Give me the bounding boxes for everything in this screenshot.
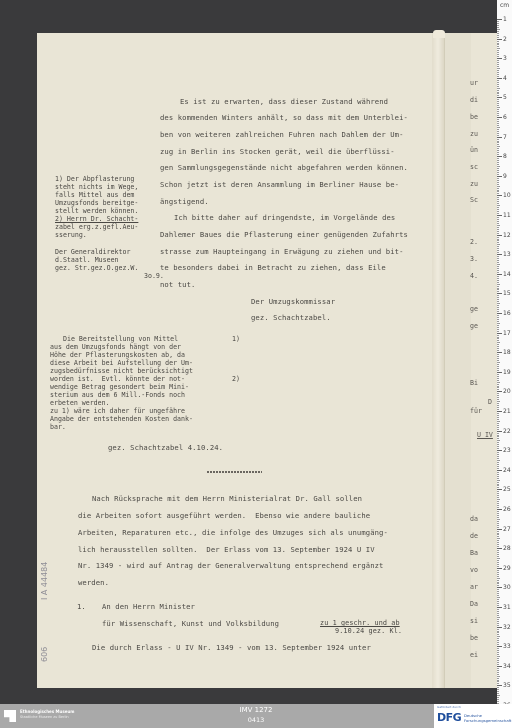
edge-text: ge bbox=[470, 305, 478, 313]
ruler-minor-tick bbox=[497, 240, 499, 241]
ruler-minor-tick bbox=[497, 468, 499, 469]
ruler-minor-tick bbox=[497, 495, 499, 496]
ruler-minor-tick bbox=[497, 178, 499, 179]
ruler-minor-tick bbox=[497, 93, 499, 94]
ruler-minor-tick bbox=[497, 70, 499, 71]
ruler-minor-tick bbox=[497, 135, 499, 136]
edge-text: de bbox=[470, 532, 478, 540]
ruler-minor-tick bbox=[497, 129, 499, 130]
ruler-minor-tick bbox=[497, 315, 499, 316]
text-line: Arbeiten, Reparaturen etc., die infolge … bbox=[78, 528, 388, 537]
ruler-minor-tick bbox=[497, 92, 499, 93]
ruler-label: 8 bbox=[503, 153, 507, 160]
edge-text: für bbox=[470, 407, 482, 415]
ruler-minor-tick bbox=[497, 693, 499, 694]
ruler-minor-tick bbox=[497, 482, 499, 483]
ruler-minor-tick bbox=[497, 270, 499, 271]
ruler-minor-tick bbox=[497, 152, 499, 153]
ruler-minor-tick bbox=[497, 317, 499, 318]
edge-text: zu bbox=[470, 130, 478, 138]
ruler-minor-tick bbox=[497, 56, 499, 57]
ruler-minor-tick bbox=[497, 350, 499, 351]
edge-text: ge bbox=[470, 322, 478, 330]
ruler-tick bbox=[497, 431, 502, 432]
ruler-minor-tick bbox=[497, 597, 500, 598]
ruler-minor-tick bbox=[497, 193, 499, 194]
ruler-label: 5 bbox=[503, 94, 507, 101]
ruler-minor-tick bbox=[497, 250, 499, 251]
ruler-minor-tick bbox=[497, 550, 499, 551]
ruler-minor-tick bbox=[497, 360, 499, 361]
ruler-minor-tick bbox=[497, 321, 499, 322]
archive-stamp: I A 44484 bbox=[40, 562, 49, 600]
ruler-label: 30 bbox=[503, 584, 511, 591]
ruler-minor-tick bbox=[497, 634, 499, 635]
ruler-minor-tick bbox=[497, 515, 499, 516]
ruler-minor-tick bbox=[497, 337, 499, 338]
edge-text: si bbox=[470, 617, 478, 625]
edge-text: 4. bbox=[470, 272, 478, 280]
ruler-minor-tick bbox=[497, 397, 499, 398]
ruler-minor-tick bbox=[497, 76, 499, 77]
ruler-minor-tick bbox=[497, 166, 500, 167]
ruler-minor-tick bbox=[497, 146, 500, 147]
ruler-minor-tick bbox=[497, 329, 499, 330]
ruler-minor-tick bbox=[497, 80, 499, 81]
ruler-minor-tick bbox=[497, 150, 499, 151]
ruler-minor-tick bbox=[497, 221, 499, 222]
ruler-minor-tick bbox=[497, 401, 500, 402]
ruler-minor-tick bbox=[497, 605, 499, 606]
ruler-minor-tick bbox=[497, 687, 499, 688]
ruler-minor-tick bbox=[497, 662, 499, 663]
ruler-label: 29 bbox=[503, 565, 511, 572]
ruler-minor-tick bbox=[497, 619, 499, 620]
handling-note-date: 9.10.24 gez. Kl. bbox=[335, 627, 402, 635]
ruler-minor-tick bbox=[497, 513, 499, 514]
ruler-minor-tick bbox=[497, 423, 499, 424]
ruler-minor-tick bbox=[497, 342, 500, 343]
ruler-minor-tick bbox=[497, 415, 499, 416]
ruler-tick bbox=[497, 646, 502, 647]
ruler-minor-tick bbox=[497, 115, 499, 116]
funder-name-2: Forschungsgemeinschaft bbox=[464, 718, 511, 723]
ruler-minor-tick bbox=[497, 68, 500, 69]
ruler-minor-tick bbox=[497, 638, 499, 639]
ruler-minor-tick bbox=[497, 29, 500, 30]
ruler-minor-tick bbox=[497, 601, 499, 602]
ruler-minor-tick bbox=[497, 497, 499, 498]
ruler-minor-tick bbox=[497, 113, 499, 114]
ruler-minor-tick bbox=[497, 344, 499, 345]
edge-text: U IV bbox=[477, 431, 493, 439]
ruler-tick bbox=[497, 685, 502, 686]
ruler-label: 1 bbox=[503, 16, 507, 23]
ruler-minor-tick bbox=[497, 670, 499, 671]
ruler-minor-tick bbox=[497, 125, 499, 126]
ruler-minor-tick bbox=[497, 485, 499, 486]
ruler-label: 10 bbox=[503, 192, 511, 199]
text-line: ben von weiteren zahlreichen Fuhren nach… bbox=[160, 130, 404, 139]
note-line: bar. bbox=[50, 424, 66, 432]
ruler-minor-tick bbox=[497, 164, 499, 165]
page-fold bbox=[432, 33, 444, 688]
ruler-minor-tick bbox=[497, 119, 499, 120]
ruler-minor-tick bbox=[497, 23, 499, 24]
ruler-tick bbox=[497, 19, 502, 20]
ruler-minor-tick bbox=[497, 442, 499, 443]
ruler-minor-tick bbox=[497, 499, 500, 500]
ruler-minor-tick bbox=[497, 86, 499, 87]
ruler-minor-tick bbox=[497, 246, 499, 247]
ruler-minor-tick bbox=[497, 184, 499, 185]
ruler-minor-tick bbox=[497, 562, 499, 563]
ruler-minor-tick bbox=[497, 41, 499, 42]
ruler-minor-tick bbox=[497, 354, 499, 355]
archive-stamp-number: 606 bbox=[40, 647, 49, 662]
text-line: Schon jetzt ist deren Ansammlung im Berl… bbox=[160, 180, 399, 189]
ruler-label: 15 bbox=[503, 290, 511, 297]
ruler-minor-tick bbox=[497, 364, 499, 365]
ruler-label: 13 bbox=[503, 251, 511, 258]
signer-title: Der Umzugskommissar bbox=[251, 297, 335, 306]
ruler-minor-tick bbox=[497, 409, 499, 410]
ruler-tick bbox=[497, 587, 502, 588]
ruler-label: 23 bbox=[503, 447, 511, 454]
ruler-label: 12 bbox=[503, 232, 511, 239]
ruler-minor-tick bbox=[497, 207, 499, 208]
ruler-minor-tick bbox=[497, 538, 500, 539]
ruler-label: 22 bbox=[503, 428, 511, 435]
ruler-minor-tick bbox=[497, 380, 499, 381]
ruler-minor-tick bbox=[497, 589, 499, 590]
ruler-minor-tick bbox=[497, 43, 499, 44]
ruler-minor-tick bbox=[497, 570, 499, 571]
ruler-minor-tick bbox=[497, 519, 500, 520]
handling-note-ref: zu 1 geschr. und ab bbox=[320, 619, 400, 627]
ruler-minor-tick bbox=[497, 427, 499, 428]
ruler-minor-tick bbox=[497, 48, 500, 49]
ruler-minor-tick bbox=[497, 301, 499, 302]
ruler-minor-tick bbox=[497, 652, 499, 653]
ruler-tick bbox=[497, 313, 502, 314]
ruler-label: 20 bbox=[503, 388, 511, 395]
ruler-minor-tick bbox=[497, 456, 499, 457]
ruler-minor-tick bbox=[497, 678, 499, 679]
ruler-minor-tick bbox=[497, 472, 499, 473]
ruler-label: 11 bbox=[503, 212, 511, 219]
ruler-label: 34 bbox=[503, 663, 511, 670]
ruler-minor-tick bbox=[497, 174, 499, 175]
ruler-minor-tick bbox=[497, 25, 499, 26]
ruler-label: 9 bbox=[503, 173, 507, 180]
ruler-minor-tick bbox=[497, 282, 499, 283]
ruler-tick bbox=[497, 548, 502, 549]
ruler-minor-tick bbox=[497, 505, 499, 506]
text-line: Die durch Erlass - U IV Nr. 1349 - vom 1… bbox=[92, 643, 371, 652]
ruler-minor-tick bbox=[497, 554, 499, 555]
ruler-minor-tick bbox=[497, 399, 499, 400]
edge-text: be bbox=[470, 113, 478, 121]
edge-text: D bbox=[488, 398, 492, 406]
ruler-label: 7 bbox=[503, 134, 507, 141]
ruler-minor-tick bbox=[497, 358, 499, 359]
ruler-minor-tick bbox=[497, 327, 499, 328]
ruler-minor-tick bbox=[497, 90, 499, 91]
ruler-minor-tick bbox=[497, 160, 499, 161]
ruler-minor-tick bbox=[497, 674, 499, 675]
ruler-minor-tick bbox=[497, 72, 499, 73]
ruler-minor-tick bbox=[497, 142, 499, 143]
ruler-minor-tick bbox=[497, 297, 499, 298]
ruler-minor-tick bbox=[497, 599, 499, 600]
text-line: Nr. 1349 - wird auf Antrag der Generalve… bbox=[78, 561, 383, 570]
ruler-minor-tick bbox=[497, 50, 499, 51]
ruler-minor-tick bbox=[497, 521, 499, 522]
ruler-minor-tick bbox=[497, 286, 499, 287]
ruler-minor-tick bbox=[497, 583, 499, 584]
ruler-tick bbox=[497, 39, 502, 40]
ruler-minor-tick bbox=[497, 258, 499, 259]
ruler-minor-tick bbox=[497, 280, 499, 281]
ruler-minor-tick bbox=[497, 127, 500, 128]
note-marker: 1) bbox=[232, 336, 240, 344]
ruler-minor-tick bbox=[497, 368, 499, 369]
edge-text: 3. bbox=[470, 255, 478, 263]
edge-text: ei bbox=[470, 651, 478, 659]
ruler-minor-tick bbox=[497, 109, 499, 110]
ruler-label: 32 bbox=[503, 624, 511, 631]
edge-text: ün bbox=[470, 146, 478, 154]
ruler-minor-tick bbox=[497, 578, 500, 579]
ruler-minor-tick bbox=[497, 387, 499, 388]
ruler-minor-tick bbox=[497, 517, 499, 518]
ruler-minor-tick bbox=[497, 211, 499, 212]
ruler-minor-tick bbox=[497, 197, 499, 198]
text-line: Es ist zu erwarten, dass dieser Zustand … bbox=[180, 97, 388, 106]
ruler-tick bbox=[497, 509, 502, 510]
ruler-minor-tick bbox=[497, 650, 499, 651]
ruler-minor-tick bbox=[497, 493, 499, 494]
ruler-minor-tick bbox=[497, 201, 499, 202]
ruler-minor-tick bbox=[497, 237, 499, 238]
ruler-minor-tick bbox=[497, 33, 499, 34]
ruler-minor-tick bbox=[497, 248, 499, 249]
ruler-minor-tick bbox=[497, 552, 499, 553]
ruler-minor-tick bbox=[497, 533, 499, 534]
ruler-minor-tick bbox=[497, 370, 499, 371]
ruler-minor-tick bbox=[497, 305, 499, 306]
note-marker: 2) bbox=[232, 376, 240, 384]
ruler-minor-tick bbox=[497, 323, 500, 324]
ruler-minor-tick bbox=[497, 603, 499, 604]
ruler-minor-tick bbox=[497, 389, 499, 390]
ruler-minor-tick bbox=[497, 611, 499, 612]
ruler-minor-tick bbox=[497, 111, 499, 112]
ruler-minor-tick bbox=[497, 474, 499, 475]
ruler-minor-tick bbox=[497, 435, 499, 436]
ruler-minor-tick bbox=[497, 668, 499, 669]
ruler-minor-tick bbox=[497, 162, 499, 163]
ruler-minor-tick bbox=[497, 144, 499, 145]
ruler-minor-tick bbox=[497, 681, 499, 682]
ruler-minor-tick bbox=[497, 558, 500, 559]
signer-name: gez. Schachtzabel. bbox=[251, 313, 331, 322]
ruler-minor-tick bbox=[497, 478, 499, 479]
ruler-minor-tick bbox=[497, 593, 499, 594]
ruler-minor-tick bbox=[497, 99, 499, 100]
ruler-minor-tick bbox=[497, 429, 499, 430]
ruler-minor-tick bbox=[497, 393, 499, 394]
ruler-minor-tick bbox=[497, 632, 499, 633]
ruler-minor-tick bbox=[497, 660, 499, 661]
edge-text: 2. bbox=[470, 238, 478, 246]
ruler-minor-tick bbox=[497, 272, 499, 273]
ruler-label: 35 bbox=[503, 682, 511, 689]
ruler-minor-tick bbox=[497, 338, 499, 339]
ruler-tick bbox=[497, 372, 502, 373]
ruler-minor-tick bbox=[497, 139, 499, 140]
ruler-tick bbox=[497, 97, 502, 98]
ruler-minor-tick bbox=[497, 689, 499, 690]
ruler-minor-tick bbox=[497, 284, 500, 285]
addressee-line: für Wissenschaft, Kunst und Volksbildung bbox=[102, 619, 279, 628]
edge-text: di bbox=[470, 96, 478, 104]
ruler-minor-tick bbox=[497, 654, 499, 655]
ruler-label: 31 bbox=[503, 604, 511, 611]
text-line: Dahlemer Baues die Pflasterung einer gen… bbox=[160, 230, 408, 239]
ruler-minor-tick bbox=[497, 438, 499, 439]
ruler-tick bbox=[497, 137, 502, 138]
ruler-minor-tick bbox=[497, 464, 499, 465]
text-line: die Arbeiten sofort ausgeführt werden. E… bbox=[78, 511, 370, 520]
ruler-tick bbox=[497, 293, 502, 294]
ruler-minor-tick bbox=[497, 289, 499, 290]
ruler-tick bbox=[497, 529, 502, 530]
text-line: ängstigend. bbox=[160, 197, 209, 206]
ruler-minor-tick bbox=[497, 172, 499, 173]
ruler-minor-tick bbox=[497, 466, 499, 467]
ruler-minor-tick bbox=[497, 209, 499, 210]
ruler-minor-tick bbox=[497, 458, 499, 459]
ruler-minor-tick bbox=[497, 335, 499, 336]
ruler-minor-tick bbox=[497, 487, 499, 488]
ruler-minor-tick bbox=[497, 531, 499, 532]
ruler-minor-tick bbox=[497, 74, 499, 75]
edge-text: da bbox=[470, 515, 478, 523]
ruler-minor-tick bbox=[497, 544, 499, 545]
ruler-minor-tick bbox=[497, 421, 500, 422]
ruler-tick bbox=[497, 352, 502, 353]
ruler-minor-tick bbox=[497, 615, 499, 616]
ruler-minor-tick bbox=[497, 476, 499, 477]
ruler-minor-tick bbox=[497, 556, 499, 557]
addressee-line: An den Herrn Minister bbox=[102, 602, 195, 611]
ruler-minor-tick bbox=[497, 325, 499, 326]
ruler-minor-tick bbox=[497, 413, 499, 414]
edge-text: Ba bbox=[470, 549, 478, 557]
ruler-minor-tick bbox=[497, 168, 499, 169]
ruler-minor-tick bbox=[497, 560, 499, 561]
ruler-minor-tick bbox=[497, 534, 499, 535]
edge-text: Sc bbox=[470, 196, 478, 204]
signature-2: gez. Schachtzabel 4.10.24. bbox=[108, 443, 223, 452]
edge-text: be bbox=[470, 634, 478, 642]
ruler-minor-tick bbox=[497, 105, 499, 106]
ruler-minor-tick bbox=[497, 507, 499, 508]
ruler-minor-tick bbox=[497, 260, 499, 261]
text-line: te besonders dabei in Betracht zu ziehen… bbox=[160, 263, 386, 272]
ruler-minor-tick bbox=[497, 190, 499, 191]
ruler-tick bbox=[497, 58, 502, 59]
ruler-minor-tick bbox=[497, 242, 499, 243]
ruler-minor-tick bbox=[497, 31, 499, 32]
ruler-minor-tick bbox=[497, 623, 499, 624]
ruler-tick bbox=[497, 333, 502, 334]
ruler-minor-tick bbox=[497, 460, 500, 461]
ruler-minor-tick bbox=[497, 631, 499, 632]
text-line: zug in Berlin ins Stocken gerät, weil di… bbox=[160, 147, 395, 156]
ruler-minor-tick bbox=[497, 664, 499, 665]
text-line: Ich bitte daher auf dringendste, im Vorg… bbox=[174, 213, 395, 222]
cm-ruler: cm 1234567891011121314151617181920212223… bbox=[497, 0, 512, 728]
next-page-edge bbox=[444, 33, 471, 688]
ruler-minor-tick bbox=[497, 484, 499, 485]
text-line: not tut. bbox=[160, 280, 195, 289]
ruler-minor-tick bbox=[497, 188, 499, 189]
ruler-minor-tick bbox=[497, 205, 500, 206]
ruler-minor-tick bbox=[497, 480, 500, 481]
ruler-minor-tick bbox=[497, 133, 499, 134]
ruler-minor-tick bbox=[497, 52, 499, 53]
ruler-minor-tick bbox=[497, 574, 499, 575]
dfg-logo: DFG bbox=[437, 711, 461, 724]
ruler-minor-tick bbox=[497, 276, 499, 277]
ruler-tick bbox=[497, 607, 502, 608]
separator-rule bbox=[207, 471, 262, 473]
ruler-minor-tick bbox=[497, 382, 500, 383]
ruler-minor-tick bbox=[497, 264, 500, 265]
ruler-minor-tick bbox=[497, 203, 499, 204]
archive-footer: Ethnologisches Museum Staatliche Museen … bbox=[0, 704, 497, 728]
note-line: 3o.9. bbox=[144, 273, 164, 281]
ruler-minor-tick bbox=[497, 278, 499, 279]
ruler-minor-tick bbox=[497, 658, 499, 659]
note-line: gez. Str.gez.O.gez.W. bbox=[55, 265, 138, 273]
ruler-label: 28 bbox=[503, 545, 511, 552]
ruler-minor-tick bbox=[497, 84, 499, 85]
ruler-minor-tick bbox=[497, 346, 499, 347]
ruler-minor-tick bbox=[497, 303, 500, 304]
ruler-tick bbox=[497, 117, 502, 118]
ruler-minor-tick bbox=[497, 676, 500, 677]
ruler-minor-tick bbox=[497, 591, 499, 592]
ruler-minor-tick bbox=[497, 356, 499, 357]
ruler-label: 16 bbox=[503, 310, 511, 317]
ruler-minor-tick bbox=[497, 95, 499, 96]
ruler-minor-tick bbox=[497, 697, 499, 698]
edge-text: sc bbox=[470, 163, 478, 171]
ruler-minor-tick bbox=[497, 580, 499, 581]
ruler-minor-tick bbox=[497, 566, 499, 567]
ruler-minor-tick bbox=[497, 154, 499, 155]
ruler-minor-tick bbox=[497, 244, 500, 245]
ruler-label: 26 bbox=[503, 506, 511, 513]
ruler-tick bbox=[497, 627, 502, 628]
ruler-minor-tick bbox=[497, 656, 500, 657]
edge-text: vo bbox=[470, 566, 478, 574]
ruler-label: 33 bbox=[503, 643, 511, 650]
